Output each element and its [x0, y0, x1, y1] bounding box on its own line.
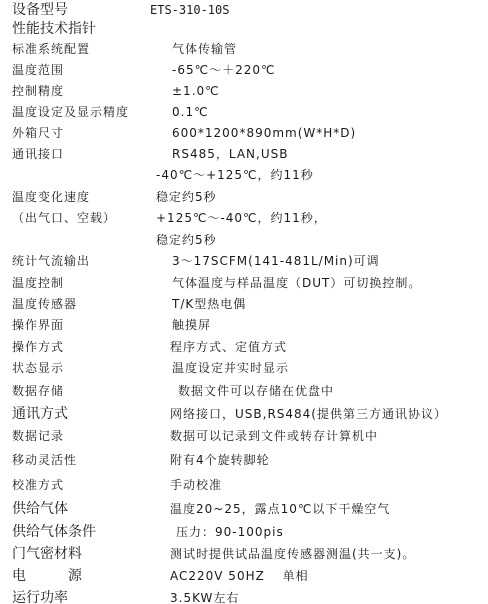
- spec-label: 供给气体条件: [12, 522, 96, 542]
- spec-value: 数据可以记录到文件或转存计算机中: [170, 426, 378, 446]
- spec-label: 温度控制: [12, 273, 64, 293]
- spec-value: ETS-310-10S: [150, 0, 229, 20]
- spec-value: 稳定约5秒: [156, 187, 217, 207]
- spec-value: 手动校准: [170, 475, 222, 495]
- spec-row: 操作界面 触摸屏: [0, 315, 488, 335]
- spec-label: 温度范围: [12, 60, 64, 80]
- spec-row: 统计气流输出 3～17SCFM(141-481L/Min)可调: [0, 251, 488, 271]
- spec-label: 数据存储: [12, 381, 64, 401]
- spec-row: 温度设定及显示精度 0.1℃: [0, 102, 488, 122]
- spec-row: 标准系统配置 气体传输管: [0, 39, 488, 59]
- spec-value: 测试时提供试品温度传感器测温(共一支)。: [170, 544, 415, 564]
- spec-value: AC220V 50HZ 单相: [170, 566, 309, 586]
- spec-row: 稳定约5秒: [0, 230, 488, 250]
- spec-label: 控制精度: [12, 81, 64, 101]
- spec-row: 通讯接口 RS485，LAN,USB: [0, 144, 488, 164]
- spec-row: 供给气体条件 压力：90-100pis: [0, 522, 488, 542]
- spec-row: 温度控制 气体温度与样品温度（DUT）可切换控制。: [0, 273, 488, 293]
- spec-label: 移动灵活性: [12, 450, 77, 470]
- spec-value: +125℃～-40℃，约11秒，: [156, 208, 327, 228]
- spec-value: 附有4个旋转脚轮: [170, 450, 270, 470]
- spec-label: 通讯方式: [12, 404, 68, 424]
- spec-value: 触摸屏: [172, 315, 211, 335]
- spec-row: 外箱尺寸 600*1200*890mm(W*H*D): [0, 123, 488, 143]
- spec-value: T/K型热电偶: [172, 294, 246, 314]
- spec-value: 3.5KW左右: [170, 588, 239, 604]
- spec-row: 数据记录 数据可以记录到文件或转存计算机中: [0, 426, 488, 446]
- spec-value: 3～17SCFM(141-481L/Min)可调: [172, 251, 380, 271]
- spec-value: 600*1200*890mm(W*H*D): [172, 123, 356, 143]
- spec-label: 设备型号: [12, 0, 68, 20]
- spec-label: 标准系统配置: [12, 39, 90, 59]
- spec-row: 温度范围 -65℃～＋220℃: [0, 60, 488, 80]
- spec-value: 稳定约5秒: [156, 230, 217, 250]
- spec-value: 温度20~25，露点10℃以下干燥空气: [170, 499, 390, 519]
- spec-label: 通讯接口: [12, 144, 64, 164]
- spec-row: 通讯方式 网络接口，USB,RS484(提供第三方通讯协议）: [0, 404, 488, 424]
- spec-row: 操作方式 程序方式、定值方式: [0, 337, 488, 357]
- spec-row: 移动灵活性 附有4个旋转脚轮: [0, 450, 488, 470]
- spec-value: -65℃～＋220℃: [172, 60, 275, 80]
- spec-label: 校准方式: [12, 475, 64, 495]
- spec-row: 运行功率 3.5KW左右: [0, 588, 488, 604]
- spec-value: 压力：90-100pis: [176, 522, 284, 542]
- spec-label: 操作方式: [12, 337, 64, 357]
- spec-label: 数据记录: [12, 426, 64, 446]
- spec-value: 温度设定并实时显示: [172, 358, 289, 378]
- spec-row: 性能技术指针: [0, 19, 488, 39]
- spec-label: 性能技术指针: [12, 19, 96, 39]
- spec-value: -40℃～+125℃，约11秒: [156, 165, 314, 185]
- spec-value: 数据文件可以存储在优盘中: [178, 381, 334, 401]
- spec-row: 状态显示 温度设定并实时显示: [0, 358, 488, 378]
- spec-value: 气体温度与样品温度（DUT）可切换控制。: [172, 273, 421, 293]
- spec-row: -40℃～+125℃，约11秒: [0, 165, 488, 185]
- spec-label: 温度设定及显示精度: [12, 102, 129, 122]
- spec-value: 网络接口，USB,RS484(提供第三方通讯协议）: [170, 404, 447, 424]
- spec-row: 温度传感器 T/K型热电偶: [0, 294, 488, 314]
- spec-row: 控制精度 ±1.0℃: [0, 81, 488, 101]
- spec-label: 运行功率: [12, 588, 68, 604]
- spec-label: 温度传感器: [12, 294, 77, 314]
- spec-row: 供给气体 温度20~25，露点10℃以下干燥空气: [0, 499, 488, 519]
- spec-label: 状态显示: [12, 358, 64, 378]
- spec-value: 0.1℃: [172, 102, 209, 122]
- spec-label: 外箱尺寸: [12, 123, 64, 143]
- spec-label: 统计气流输出: [12, 251, 90, 271]
- spec-label: （出气口、空载）: [12, 208, 116, 228]
- spec-row: 门气密材料 测试时提供试品温度传感器测温(共一支)。: [0, 544, 488, 564]
- spec-label: 门气密材料: [12, 544, 82, 564]
- spec-label: 温度变化速度: [12, 187, 90, 207]
- spec-row: 温度变化速度 稳定约5秒: [0, 187, 488, 207]
- spec-label: 操作界面: [12, 315, 64, 335]
- spec-row: 数据存储 数据文件可以存储在优盘中: [0, 381, 488, 401]
- spec-label: 供给气体: [12, 499, 68, 519]
- spec-row: （出气口、空载） +125℃～-40℃，约11秒，: [0, 208, 488, 228]
- spec-row: 设备型号 ETS-310-10S: [0, 0, 488, 20]
- spec-label: 电 源: [12, 566, 82, 586]
- spec-value: 程序方式、定值方式: [170, 337, 287, 357]
- spec-value: RS485，LAN,USB: [172, 144, 288, 164]
- spec-row: 校准方式 手动校准: [0, 475, 488, 495]
- spec-row: 电 源 AC220V 50HZ 单相: [0, 566, 488, 586]
- spec-value: ±1.0℃: [172, 81, 220, 101]
- spec-value: 气体传输管: [172, 39, 237, 59]
